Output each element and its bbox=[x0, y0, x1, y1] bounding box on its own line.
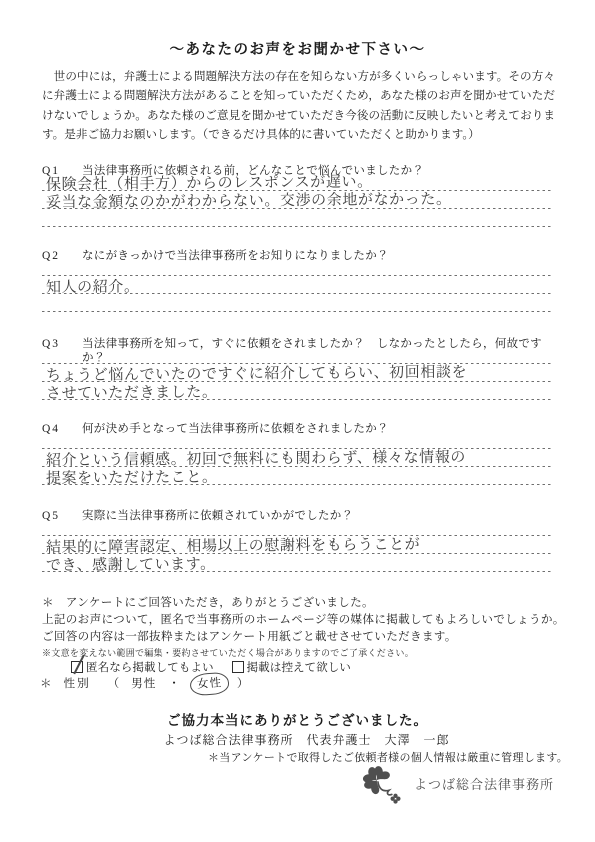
question-number: Q4 bbox=[42, 422, 82, 436]
firm-signature: よつば総合法律事務所 代表弁護士 大澤 一郎 bbox=[0, 731, 595, 748]
edit-disclaimer-note: ※文意を変えない範囲で編集・要約させていただく場合がありますのでご了承ください。 bbox=[42, 646, 414, 659]
firm-name: よつば総合法律事務所 bbox=[414, 774, 554, 793]
four-leaf-clover-icon bbox=[349, 756, 405, 806]
answer-line bbox=[42, 226, 553, 227]
publish-decline-label: 掲載は控えて欲しい bbox=[247, 659, 351, 675]
question-row: Q3 当法律事務所を知って，すぐに依頼をされましたか？ しなかったとしたら，何故… bbox=[42, 337, 555, 365]
publish-decline-option: 掲載は控えて欲しい bbox=[232, 659, 351, 675]
answer-line bbox=[42, 363, 553, 364]
gender-label: 性別 bbox=[64, 675, 91, 691]
question-text: なにがきっかけで当法律事務所をお知りになりましたか？ bbox=[82, 249, 389, 263]
question-text: 実際に当法律事務所に依頼されていかがでしたか？ bbox=[82, 509, 353, 523]
footer-thanks: ご協力本当にありがとうございました。 bbox=[0, 709, 595, 729]
answer-line bbox=[42, 448, 553, 449]
question-row: Q4 何が決め手となって当法律事務所に依頼をされましたか？ bbox=[42, 422, 555, 436]
question-number: Q2 bbox=[42, 249, 82, 263]
answer-line bbox=[42, 381, 553, 382]
handwritten-answer: 知人の紹介。 bbox=[46, 275, 140, 294]
gender-option-female-circled: 女性 bbox=[189, 672, 230, 697]
question-block-q2: Q2 なにがきっかけで当法律事務所をお知りになりましたか？ 知人の紹介。 bbox=[42, 249, 555, 331]
answer-line bbox=[42, 275, 553, 276]
question-row: Q2 なにがきっかけで当法律事務所をお知りになりましたか？ bbox=[42, 249, 555, 263]
publish-ok-option: 匿名なら掲載してもよい bbox=[71, 659, 214, 675]
answer-line bbox=[42, 571, 553, 572]
question-block-q4: Q4 何が決め手となって当法律事務所に依頼をされましたか？ 紹介という信頼感。初… bbox=[42, 422, 555, 504]
answer-line bbox=[42, 466, 553, 467]
handwritten-answer: 提案をいただけたこと。 bbox=[46, 466, 218, 485]
answer-line bbox=[42, 399, 553, 400]
answer-line bbox=[42, 311, 553, 312]
question-number: Q3 bbox=[42, 337, 82, 365]
question-block-q1: Q1 当法律事務所に依頼される前，どんなことで悩んでいましたか？ 保険会社（相手… bbox=[42, 164, 555, 246]
separator-dot: ・ bbox=[168, 675, 180, 691]
publish-permission-text: 上記のお声について，匿名で当事務所のホームページ等の媒体に掲載してもよろしいでし… bbox=[42, 611, 565, 627]
answer-line bbox=[42, 553, 553, 554]
answer-line bbox=[42, 293, 553, 294]
survey-thanks-note: ＊ アンケートにご回答いただき，ありがとうございました。 bbox=[42, 594, 374, 610]
publish-permission-text-2: ご回答の内容は一部抜粋またはアンケート用紙ごと載せさせていただきます。 bbox=[42, 628, 457, 644]
paren-open: （ bbox=[108, 675, 120, 691]
question-text: 何が決め手となって当法律事務所に依頼をされましたか？ bbox=[82, 422, 389, 436]
answer-line bbox=[42, 190, 553, 191]
question-number: Q5 bbox=[42, 509, 82, 523]
answer-line bbox=[42, 484, 553, 485]
checkbox-checked-icon bbox=[71, 661, 83, 673]
answer-line bbox=[42, 208, 553, 209]
question-block-q5: Q5 実際に当法律事務所に依頼されていかがでしたか？ 結果的に障害認定、相場以上… bbox=[42, 509, 555, 591]
paren-close: ） bbox=[237, 675, 249, 691]
handwritten-answer: させていただきました。 bbox=[46, 381, 218, 400]
gender-option-male: 男性 bbox=[131, 675, 156, 691]
handwritten-answer: でき、感謝しています。 bbox=[46, 553, 216, 572]
question-text: 当法律事務所を知って，すぐに依頼をされましたか？ しなかったとしたら，何故ですか… bbox=[82, 337, 555, 365]
publish-ok-label: 匿名なら掲載してもよい bbox=[86, 659, 214, 675]
question-row: Q5 実際に当法律事務所に依頼されていかがでしたか？ bbox=[42, 509, 555, 523]
page-title: ～あなたのお声をお聞かせ下さい～ bbox=[0, 38, 595, 59]
answer-line bbox=[42, 535, 553, 536]
intro-paragraph: 世の中には，弁護士による問題解決方法の存在を知らない方が多くいらっしゃいます。そ… bbox=[42, 67, 555, 144]
handwritten-answer: 結果的に障害認定、相場以上の慰謝料をもらうことが bbox=[46, 533, 421, 554]
checkbox-empty-icon bbox=[232, 661, 244, 673]
asterisk-mark: ＊ bbox=[40, 675, 52, 691]
questionnaire-page: ～あなたのお声をお聞かせ下さい～ 世の中には，弁護士による問題解決方法の存在を知… bbox=[0, 0, 595, 842]
gender-row: ＊ 性別 （ 男性 ・ 女性 ） bbox=[40, 675, 257, 695]
question-block-q3: Q3 当法律事務所を知って，すぐに依頼をされましたか？ しなかったとしたら，何故… bbox=[42, 337, 555, 419]
